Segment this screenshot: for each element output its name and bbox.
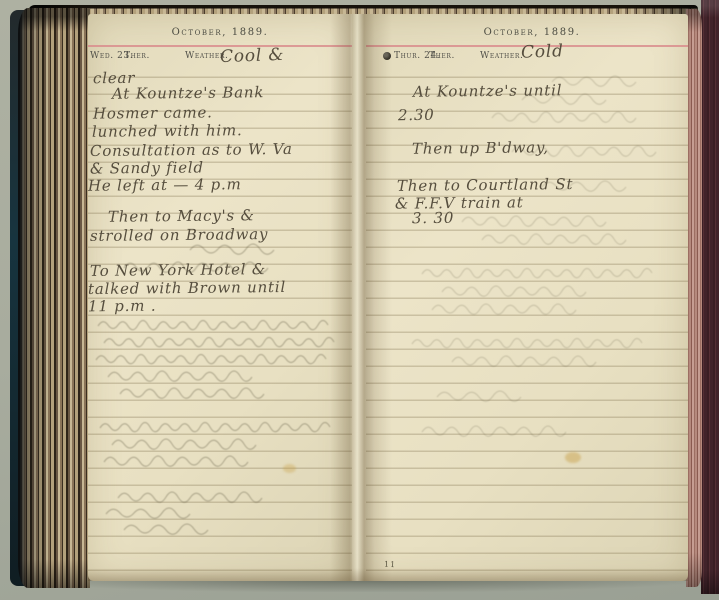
bleed-through-writing: [94, 240, 346, 570]
weather-entry: Cold: [521, 43, 564, 60]
diary-book: October, 1889. Wed. 23. Ther. Weather. C…: [0, 0, 719, 600]
fore-edge-pages: [686, 9, 702, 587]
photo-background: October, 1889. Wed. 23. Ther. Weather. C…: [0, 0, 719, 600]
diary-entry-line: Then to Macy's &: [108, 207, 255, 225]
thermometer-label: Ther.: [429, 51, 455, 61]
weather-label: Weather.: [480, 51, 523, 61]
diary-entry-line: lunched with him.: [92, 122, 243, 140]
month-header: October, 1889.: [88, 27, 352, 38]
thermometer-label: Ther.: [124, 51, 150, 61]
book-cover: [701, 0, 719, 594]
diary-entry-line: He left at — 4 p.m: [88, 176, 242, 194]
diary-entry-line: & Sandy field: [90, 159, 204, 176]
month-header: October, 1889.: [392, 27, 672, 38]
diary-entry-line: At Kountze's Bank: [112, 84, 264, 102]
diary-entry-line: Consultation as to W. Va: [90, 141, 293, 159]
page-edge-stack-left: [18, 8, 90, 588]
diary-entry-line: Hosmer came.: [93, 104, 213, 121]
paper-stain: [283, 464, 296, 473]
weather-entry: Cool &: [220, 47, 285, 65]
signature-mark: 11: [384, 560, 396, 569]
diary-right-page: October, 1889. Thur. 24. Ther. Weather. …: [352, 14, 688, 581]
moon-phase-icon: [383, 52, 391, 60]
bleed-through-writing: [402, 74, 672, 474]
paper-stain: [565, 452, 581, 463]
diary-left-page: October, 1889. Wed. 23. Ther. Weather. C…: [88, 14, 352, 581]
